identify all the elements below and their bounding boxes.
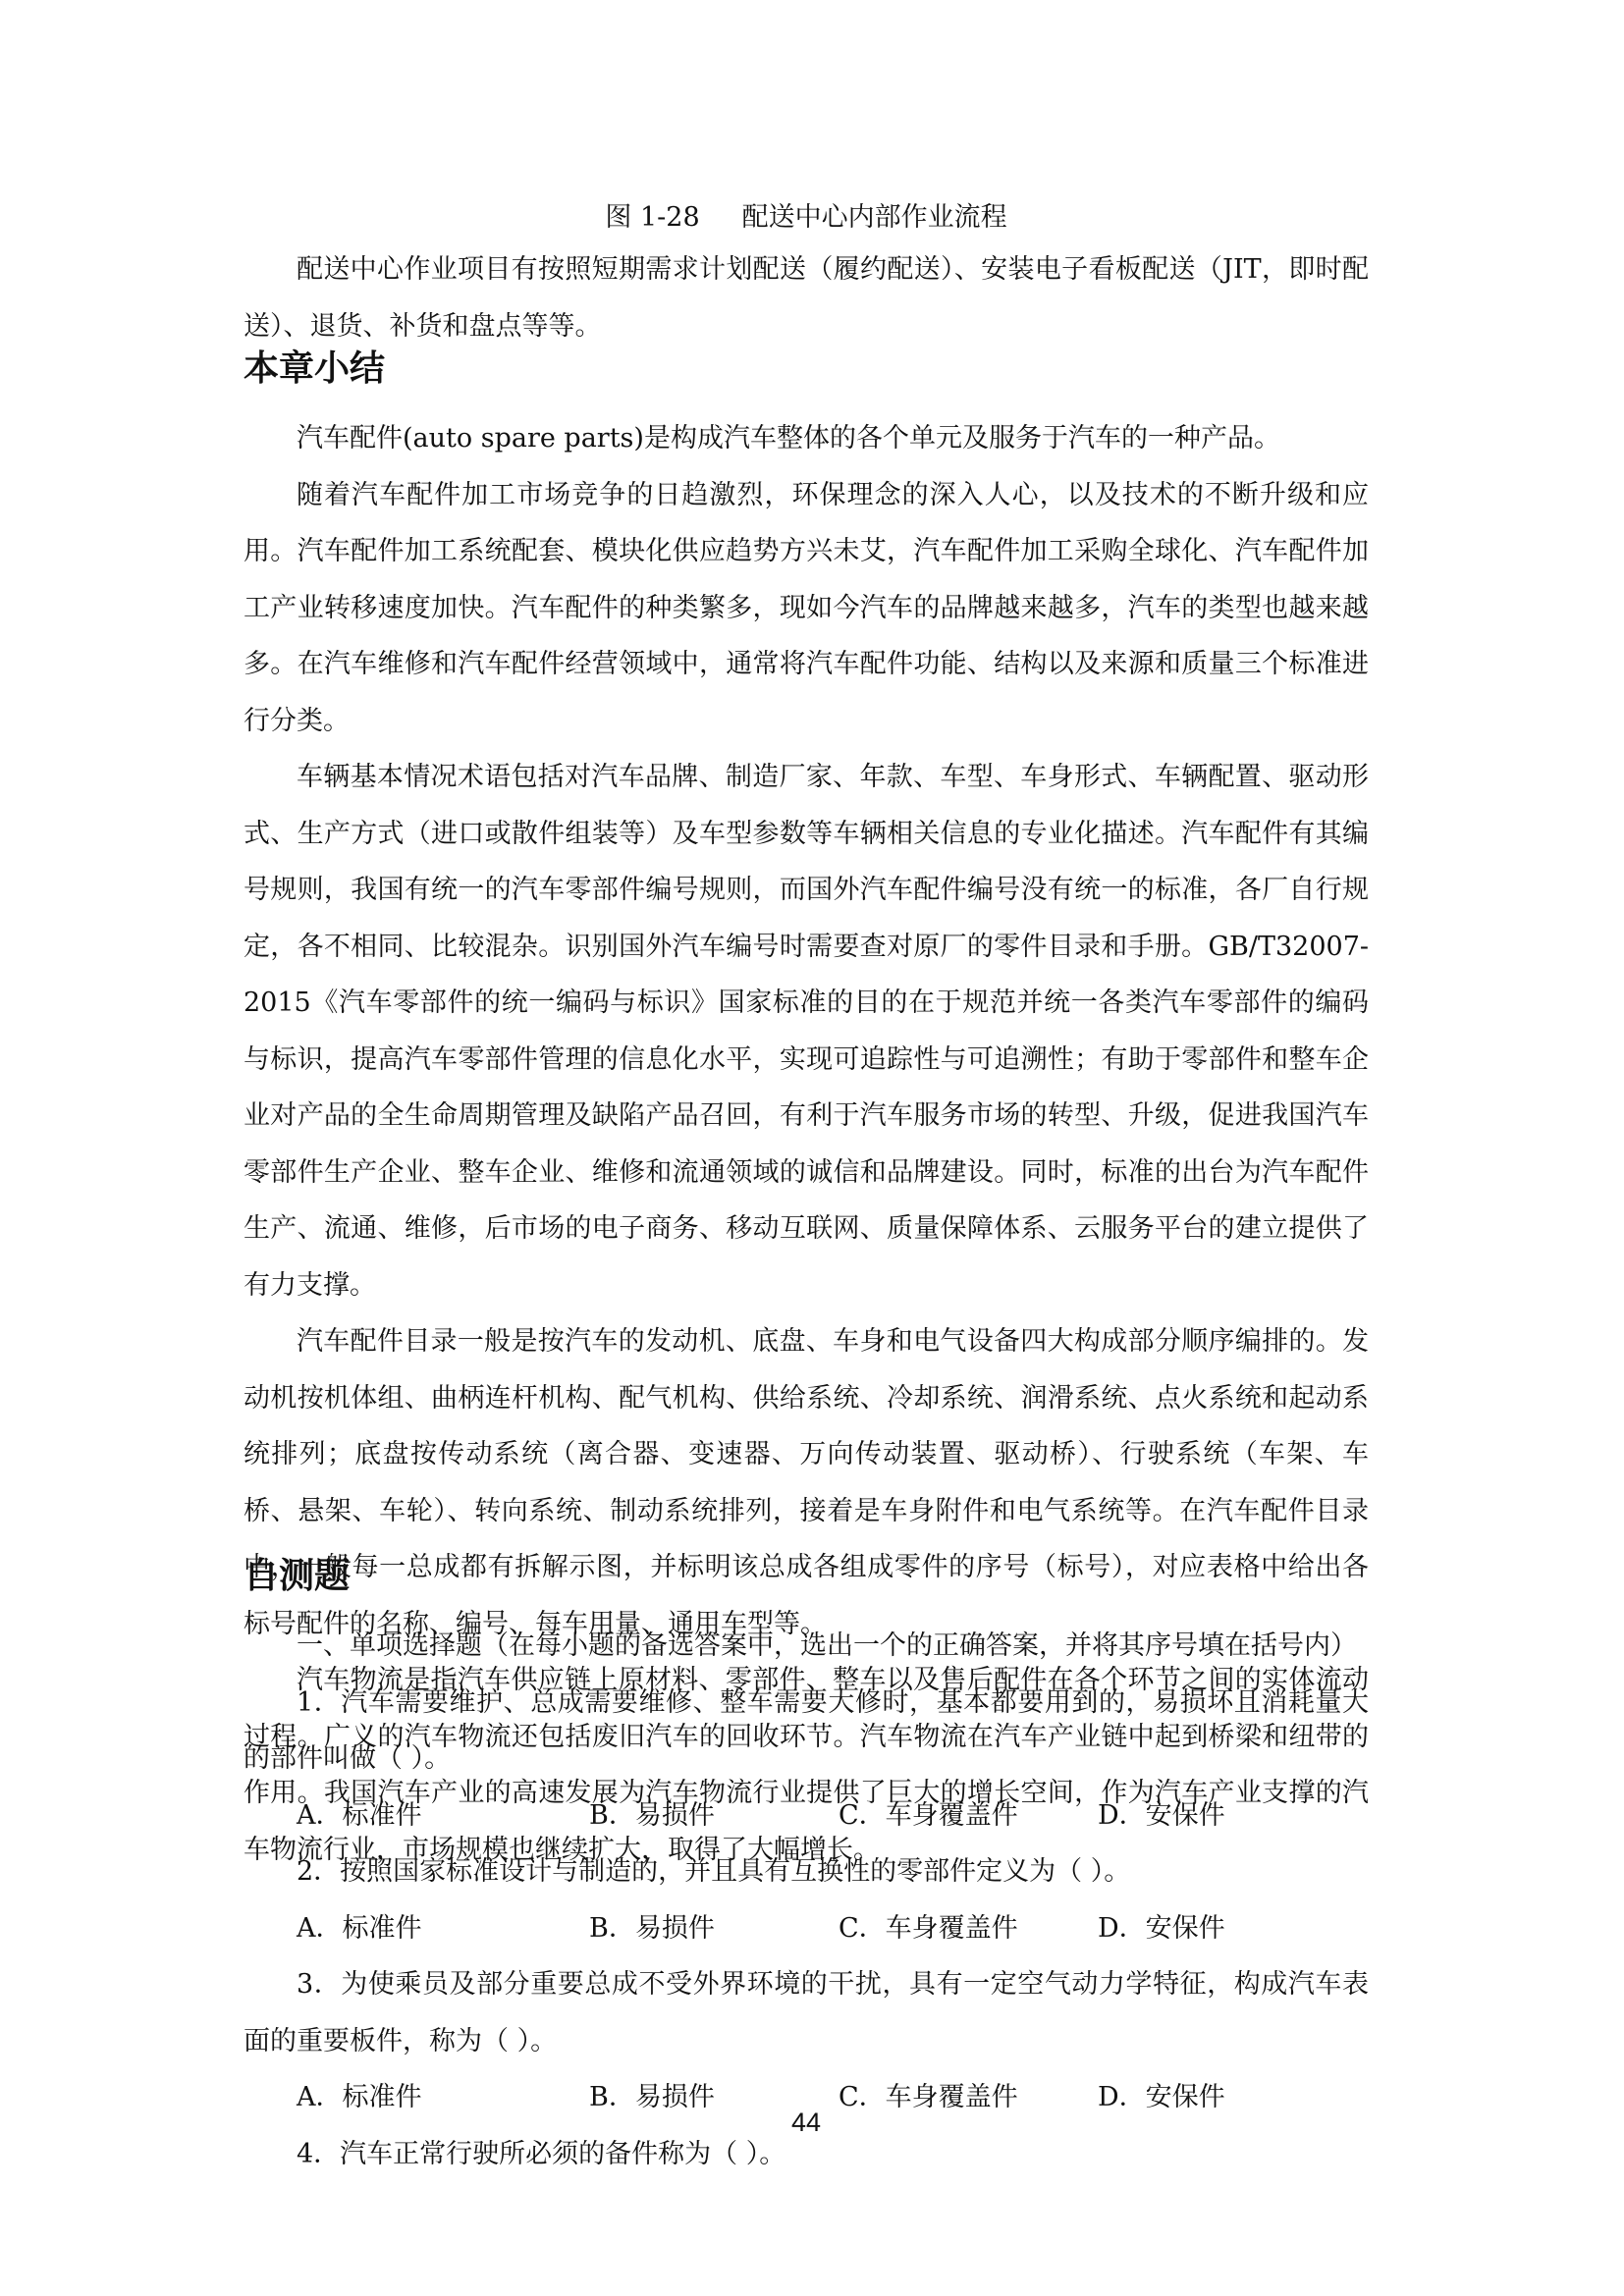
summary-heading: 本章小结 <box>244 346 385 393</box>
summary-paragraph: 随着汽车配件加工市场竞争的日趋激烈，环保理念的深入人心，以及技术的不断升级和应用… <box>244 467 1369 750</box>
summary-paragraph: 车辆基本情况术语包括对汽车品牌、制造厂家、年款、车型、车身形式、车辆配置、驱动形… <box>244 749 1369 1313</box>
question-2-options: A．标准件 B．易损件 C．车身覆盖件 D．安保件 <box>244 1900 1369 1957</box>
section-instruction: 一、单项选择题（在每小题的备选答案中，选出一个的正确答案，并将其序号填在括号内） <box>244 1618 1369 1675</box>
intro-section: 配送中心作业项目有按照短期需求计划配送（履约配送）、安装电子看板配送（JIT，即… <box>244 241 1369 354</box>
self-test-body: 一、单项选择题（在每小题的备选答案中，选出一个的正确答案，并将其序号填在括号内）… <box>244 1618 1369 2182</box>
option-c: C．车身覆盖件 <box>839 1788 1018 1844</box>
question-3: 3．为使乘员及部分重要总成不受外界环境的干扰，具有一定空气动力学特征，构成汽车表… <box>244 1956 1369 2069</box>
intro-paragraph: 配送中心作业项目有按照短期需求计划配送（履约配送）、安装电子看板配送（JIT，即… <box>244 241 1369 354</box>
option-d: D．安保件 <box>1098 1900 1225 1957</box>
question-2: 2．按照国家标准设计与制造的，并且具有互换性的零部件定义为（ ）。 <box>244 1843 1369 1900</box>
option-d: D．安保件 <box>1098 1788 1225 1844</box>
option-c: C．车身覆盖件 <box>839 1900 1018 1957</box>
self-test-heading: 自测题 <box>244 1553 350 1600</box>
option-a: A．标准件 <box>297 1900 422 1957</box>
question-1-options: A．标准件 B．易损件 C．车身覆盖件 D．安保件 <box>244 1788 1369 1844</box>
question-1: 1．汽车需要维护、总成需要维修、整车需要大修时，基本都要用到的，易损坏且消耗量大… <box>244 1675 1369 1788</box>
option-b: B．易损件 <box>589 1900 715 1957</box>
summary-paragraph: 汽车配件(auto spare parts)是构成汽车整体的各个单元及服务于汽车… <box>244 410 1369 467</box>
summary-paragraph: 汽车配件目录一般是按汽车的发动机、底盘、车身和电气设备四大构成部分顺序编排的。发… <box>244 1313 1369 1652</box>
figure-caption: 图 1-28 配送中心内部作业流程 <box>244 198 1369 238</box>
option-b: B．易损件 <box>589 1788 715 1844</box>
option-a: A．标准件 <box>297 1788 422 1844</box>
page-number: 44 <box>244 2103 1369 2142</box>
